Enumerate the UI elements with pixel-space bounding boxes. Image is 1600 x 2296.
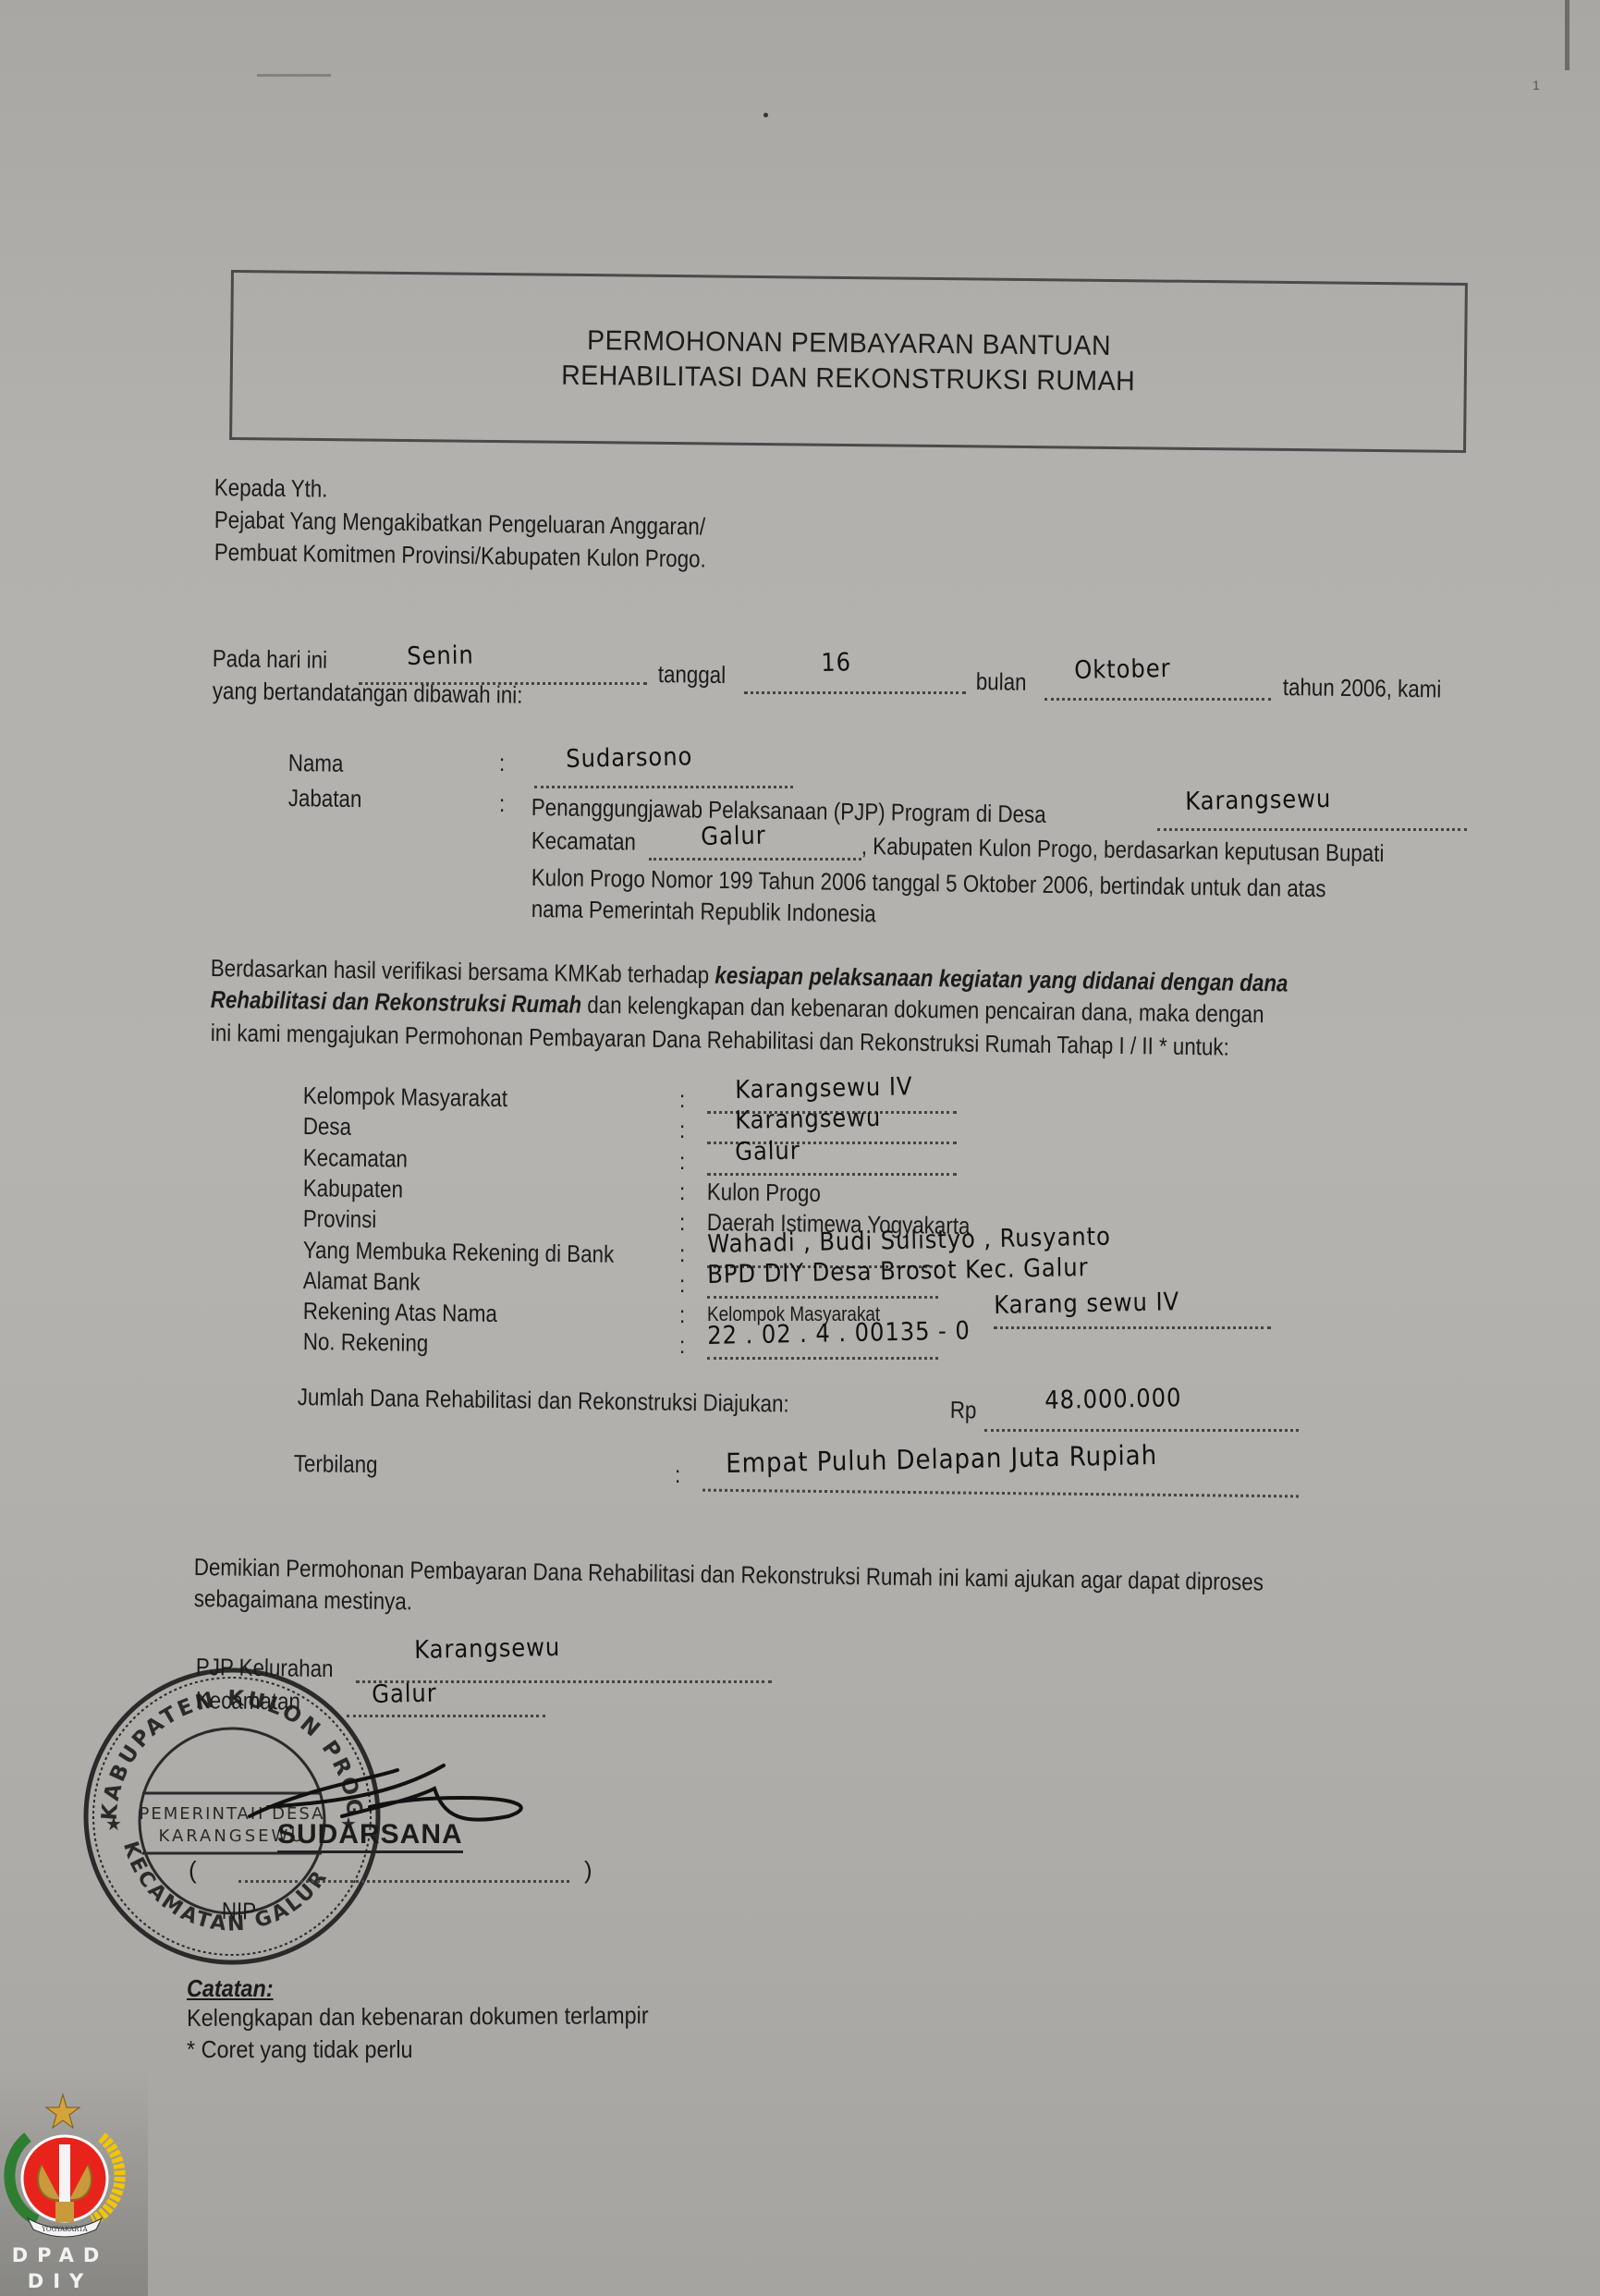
opening-line-2: yang bertandatangan dibawah ini: bbox=[213, 675, 523, 711]
desa-fill-line bbox=[1157, 828, 1467, 831]
month-fill-line bbox=[1044, 698, 1271, 701]
nip-label: NIP bbox=[222, 1895, 257, 1927]
detail-label: Yang Membuka Rekening di Bank bbox=[303, 1234, 615, 1270]
detail-value: BPD DIY Desa Brosot Kec. Galur bbox=[707, 1253, 1089, 1289]
closing-line-2: sebagaimana mestinya. bbox=[194, 1582, 413, 1617]
page-marker: 1 bbox=[1533, 78, 1540, 92]
amount-label: Jumlah Dana Rehabilitasi dan Rekonstruks… bbox=[298, 1381, 789, 1420]
year-text: tahun 2006, kami bbox=[1283, 671, 1442, 704]
date-value: 16 bbox=[821, 648, 851, 678]
detail-label: Kecamatan bbox=[303, 1142, 408, 1175]
notes-line-2: * Coret yang tidak perlu bbox=[187, 2033, 413, 2065]
nama-value: Sudarsono bbox=[566, 742, 693, 774]
colon: : bbox=[679, 1083, 685, 1115]
detail-label: Desa bbox=[303, 1110, 352, 1142]
document-title-line-1: PERMOHONAN PEMBAYARAN BANTUAN bbox=[587, 324, 1111, 364]
detail-fill-line bbox=[707, 1173, 957, 1176]
document-title-line-2: REHABILITASI DAN REKONSTRUKSI RUMAH bbox=[561, 359, 1135, 400]
kecamatan-sign-value: Galur bbox=[372, 1679, 437, 1709]
kecamatan-prefix: Kecamatan bbox=[531, 824, 636, 858]
terbilang-fill-line bbox=[702, 1489, 1299, 1498]
nama-fill-line bbox=[534, 786, 793, 788]
colon: : bbox=[679, 1176, 685, 1207]
detail-value: Galur bbox=[735, 1136, 800, 1166]
colon: : bbox=[499, 747, 505, 778]
detail-value: Kulon Progo bbox=[707, 1176, 821, 1209]
colon: : bbox=[679, 1329, 685, 1361]
scan-mark bbox=[257, 74, 331, 77]
detail-label: Kelompok Masyarakat bbox=[303, 1080, 508, 1114]
salutation: Kepada Yth. bbox=[214, 471, 328, 505]
kelurahan-value: Karangsewu bbox=[414, 1633, 560, 1665]
amount-fill-line bbox=[984, 1429, 1299, 1432]
date-fill-line bbox=[744, 691, 966, 694]
body-text: Berdasarkan hasil verifikasi bersama KMK… bbox=[211, 954, 715, 989]
title-box: PERMOHONAN PEMBAYARAN BANTUAN REHABILITA… bbox=[229, 270, 1468, 453]
notes-line-1: Kelengkapan dan kebenaran dokumen terlam… bbox=[187, 1999, 649, 2033]
paren-open: ( bbox=[189, 1854, 197, 1886]
month-value: Oktober bbox=[1074, 654, 1171, 685]
kecamatan-fill-line bbox=[649, 858, 861, 861]
jabatan-line-1: Penanggungjawab Pelaksanaan (PJP) Progra… bbox=[531, 791, 1046, 830]
desa-value: Karangsewu bbox=[1185, 785, 1331, 816]
colon: : bbox=[499, 788, 505, 819]
detail-label: Alamat Bank bbox=[303, 1264, 421, 1298]
detail-fill-line bbox=[994, 1326, 1271, 1329]
detail-value: 22 . 02 . 4 . 00135 - 0 bbox=[707, 1317, 971, 1351]
watermark-line-2: DIY bbox=[0, 2270, 120, 2292]
paren-close: ) bbox=[584, 1854, 592, 1886]
colon: : bbox=[679, 1206, 685, 1238]
name-fill-line bbox=[238, 1880, 569, 1883]
amount-value: 48.000.000 bbox=[1044, 1384, 1182, 1415]
addressee-line-2: Pembuat Komitmen Provinsi/Kabupaten Kulo… bbox=[214, 536, 706, 575]
star-icon: ★ bbox=[105, 1814, 122, 1835]
detail-label: Provinsi bbox=[303, 1203, 377, 1235]
watermark-line-1: DPAD bbox=[0, 2244, 120, 2266]
jabatan-line-4: nama Pemerintah Republik Indonesia bbox=[531, 893, 876, 929]
notes-title: Catatan: bbox=[187, 1972, 274, 2004]
kecamatan-value: Galur bbox=[701, 822, 766, 851]
scan-mark bbox=[763, 113, 768, 117]
signer-name: SUDARSANA bbox=[277, 1819, 463, 1853]
colon: : bbox=[679, 1145, 685, 1177]
nama-label: Nama bbox=[288, 747, 344, 779]
day-value: Senin bbox=[407, 641, 474, 671]
currency-label: Rp bbox=[950, 1394, 977, 1425]
detail-label: Rekening Atas Nama bbox=[303, 1295, 497, 1329]
kecamatan-sign-fill-line bbox=[347, 1715, 545, 1717]
bulan-label: bulan bbox=[976, 666, 1027, 698]
jabatan-label: Jabatan bbox=[288, 782, 362, 814]
terbilang-label: Terbilang bbox=[294, 1447, 378, 1480]
detail-fill-line bbox=[707, 1357, 938, 1360]
colon: : bbox=[679, 1114, 685, 1145]
detail-label: Kabupaten bbox=[303, 1172, 404, 1205]
dpad-diy-emblem-icon: YOGYAKARTA bbox=[0, 2091, 129, 2239]
colon: : bbox=[679, 1268, 685, 1300]
body-emphasis: Rehabilitasi dan Rekonstruksi Rumah bbox=[211, 985, 582, 1019]
emblem-caption: YOGYAKARTA bbox=[41, 2226, 88, 2233]
scanned-document-page: 1 PERMOHONAN PEMBAYARAN BANTUAN REHABILI… bbox=[0, 0, 1600, 2296]
opening-prefix: Pada hari ini bbox=[213, 642, 328, 676]
kecamatan-sign-label: Kecamatan bbox=[196, 1684, 300, 1717]
tanggal-label: tanggal bbox=[658, 658, 727, 690]
terbilang-value: Empat Puluh Delapan Juta Rupiah bbox=[726, 1439, 1157, 1479]
body-text: dan kelengkapan dan kebenaran dokumen pe… bbox=[581, 991, 1264, 1028]
colon: : bbox=[679, 1299, 685, 1330]
colon: : bbox=[679, 1238, 685, 1269]
detail-value: Karangsewu IV bbox=[735, 1072, 913, 1105]
scan-mark bbox=[1565, 0, 1569, 70]
colon: : bbox=[675, 1459, 680, 1490]
kelurahan-label: PJP Kelurahan bbox=[196, 1651, 334, 1684]
detail-value: Karang sewu IV bbox=[994, 1288, 1179, 1320]
detail-value: Karangsewu bbox=[735, 1104, 881, 1135]
detail-label: No. Rekening bbox=[303, 1325, 429, 1359]
jabatan-line-2-suffix: , Kabupaten Kulon Progo, berdasarkan kep… bbox=[861, 830, 1385, 869]
